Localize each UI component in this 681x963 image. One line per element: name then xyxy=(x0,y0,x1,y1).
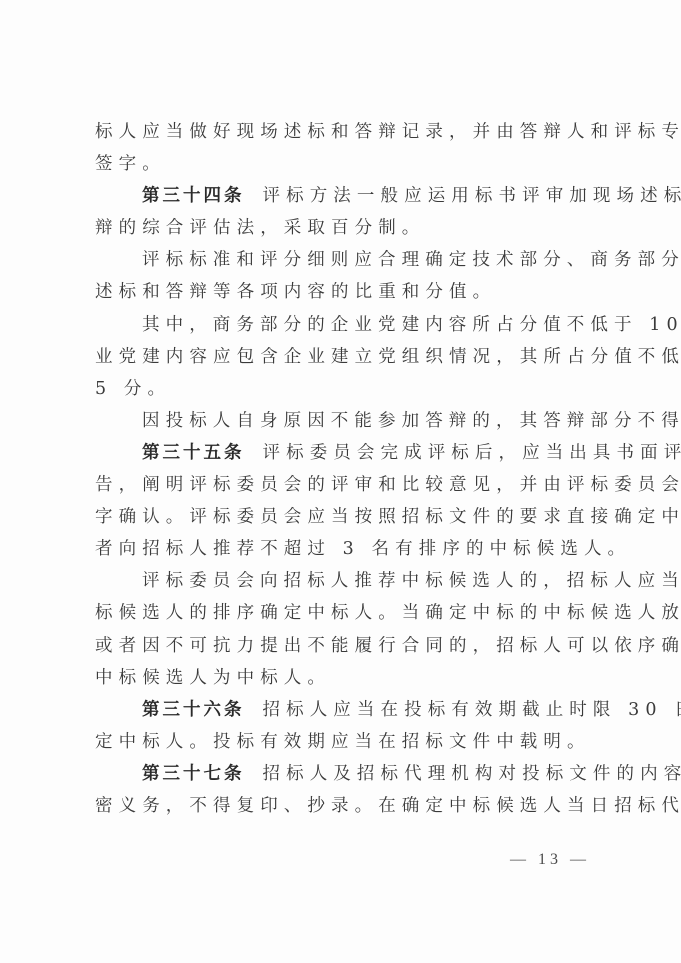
text-line: 密义务，不得复印、抄录。在确定中标候选人当日招标代理机构 xyxy=(95,790,597,822)
paragraph-start-line: 评标标准和评分细则应合理确定技术部分、商务部分和现场 xyxy=(95,244,597,276)
text-line: 签字。 xyxy=(95,148,597,180)
article-37-heading-line: 第三十七条招标人及招标代理机构对投标文件的内容有保 xyxy=(95,758,597,790)
article-number: 第三十七条 xyxy=(142,764,245,784)
article-35-heading-line: 第三十五条评标委员会完成评标后，应当出具书面评标报 xyxy=(95,437,597,469)
article-34-heading-line: 第三十四条评标方法一般应运用标书评审加现场述标和答 xyxy=(95,180,597,212)
paragraph-start-line: 其中，商务部分的企业党建内容所占分值不低于 10 分，企 xyxy=(95,309,597,341)
article-number: 第三十五条 xyxy=(142,443,245,463)
text-line: 标候选人的排序确定中标人。当确定中标的中标候选人放弃中标 xyxy=(95,597,597,629)
text-line: 5 分。 xyxy=(95,373,597,405)
article-number: 第三十四条 xyxy=(142,186,245,206)
text-line: 业党建内容应包含企业建立党组织情况，其所占分值不低于 xyxy=(95,341,597,373)
paragraph-start-line: 评标委员会向招标人推荐中标候选人的，招标人应当按照中 xyxy=(95,565,597,597)
text-line: 中标候选人为中标人。 xyxy=(95,662,597,694)
article-36-heading-line: 第三十六条招标人应当在投标有效期截止时限 30 日前确 xyxy=(95,694,597,726)
page-number: — 13 — xyxy=(510,848,590,872)
article-number: 第三十六条 xyxy=(142,700,245,720)
document-body: 标人应当做好现场述标和答辩记录，并由答辩人和评标专家 签字。 第三十四条评标方法… xyxy=(95,116,597,822)
text-line: 标人应当做好现场述标和答辩记录，并由答辩人和评标专家 xyxy=(95,116,597,148)
text-line: 定中标人。投标有效期应当在招标文件中载明。 xyxy=(95,726,597,758)
paragraph-start-line: 因投标人自身原因不能参加答辩的，其答辩部分不得分。 xyxy=(95,405,597,437)
text-line: 告，阐明评标委员会的评审和比较意见，并由评标委员会成员签 xyxy=(95,469,597,501)
text-line: 字确认。评标委员会应当按照招标文件的要求直接确定中标人或 xyxy=(95,501,597,533)
text-line: 辩的综合评估法，采取百分制。 xyxy=(95,212,597,244)
text-line: 述标和答辩等各项内容的比重和分值。 xyxy=(95,276,597,308)
text-line: 或者因不可抗力提出不能履行合同的，招标人可以依序确定其他 xyxy=(95,630,597,662)
document-page: 标人应当做好现场述标和答辩记录，并由答辩人和评标专家 签字。 第三十四条评标方法… xyxy=(0,0,681,963)
text-line: 者向招标人推荐不超过 3 名有排序的中标候选人。 xyxy=(95,533,597,565)
